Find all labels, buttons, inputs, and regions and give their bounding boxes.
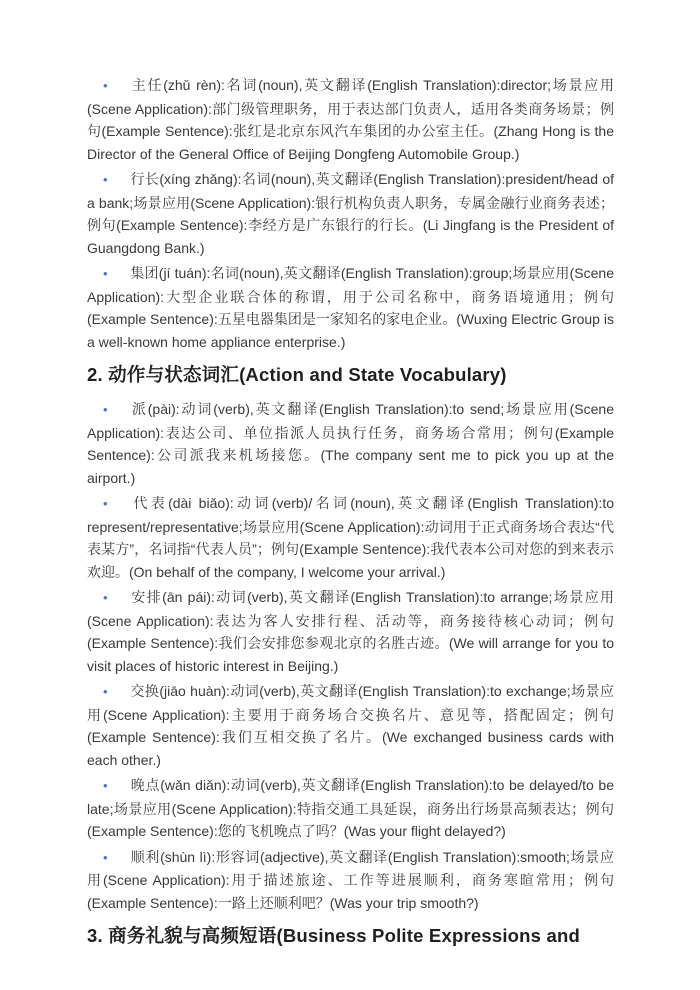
vocab-list-item: •顺利(shùn lì):形容词(adjective),英文翻译(English… (87, 846, 614, 915)
bullet-icon: • (103, 263, 130, 286)
vocab-item-text: 集团(jí tuán):名词(noun),英文翻译(English Transl… (87, 265, 614, 350)
section-heading-action-state-vocabulary: 2. 动作与状态词汇(Action and State Vocabulary) (87, 362, 614, 388)
vocab-item-text: 主任(zhǔ rèn):名词(noun),英文翻译(English Transl… (87, 77, 614, 162)
vocab-item-text: 交换(jiāo huàn):动词(verb),英文翻译(English Tran… (87, 683, 614, 768)
vocab-item-text: 晚点(wǎn diǎn):动词(verb),英文翻译(English Trans… (87, 777, 614, 839)
bullet-icon: • (103, 399, 130, 422)
bullet-icon: • (103, 169, 130, 192)
document-content: •主任(zhǔ rèn):名词(noun),英文翻译(English Trans… (87, 74, 614, 949)
vocab-list-item: •交换(jiāo huàn):动词(verb),英文翻译(English Tra… (87, 680, 614, 771)
vocab-item-text: 派(pài):动词(verb),英文翻译(English Translation… (87, 401, 614, 486)
vocab-list-item: •行长(xíng zhǎng):名词(noun),英文翻译(English Tr… (87, 168, 614, 259)
vocab-item-text: 代表(dài biǎo):动词(verb)/名词(noun),英文翻译(Engl… (87, 495, 614, 580)
bullet-icon: • (103, 587, 130, 610)
bullet-icon: • (103, 75, 130, 98)
vocab-item-text: 行长(xíng zhǎng):名词(noun),英文翻译(English Tra… (87, 171, 614, 256)
vocab-list-item: •安排(ān pái):动词(verb),英文翻译(English Transl… (87, 586, 614, 677)
vocab-list-item: •派(pài):动词(verb),英文翻译(English Translatio… (87, 398, 614, 489)
bullet-icon: • (103, 681, 130, 704)
vocab-list-item: •集团(jí tuán):名词(noun),英文翻译(English Trans… (87, 262, 614, 353)
vocab-list-item: •代表(dài biǎo):动词(verb)/名词(noun),英文翻译(Eng… (87, 492, 614, 583)
bullet-icon: • (103, 775, 130, 798)
vocab-item-text: 安排(ān pái):动词(verb),英文翻译(English Transla… (87, 589, 614, 674)
vocab-list-item: •主任(zhǔ rèn):名词(noun),英文翻译(English Trans… (87, 74, 614, 165)
vocab-item-text: 顺利(shùn lì):形容词(adjective),英文翻译(English … (87, 849, 614, 911)
document-page: •主任(zhǔ rèn):名词(noun),英文翻译(English Trans… (0, 0, 700, 990)
bullet-icon: • (103, 493, 130, 516)
section-heading-business-polite-expressions: 3. 商务礼貌与高频短语(Business Polite Expressions… (87, 923, 614, 949)
vocab-list-item: •晚点(wǎn diǎn):动词(verb),英文翻译(English Tran… (87, 774, 614, 843)
bullet-icon: • (103, 847, 130, 870)
